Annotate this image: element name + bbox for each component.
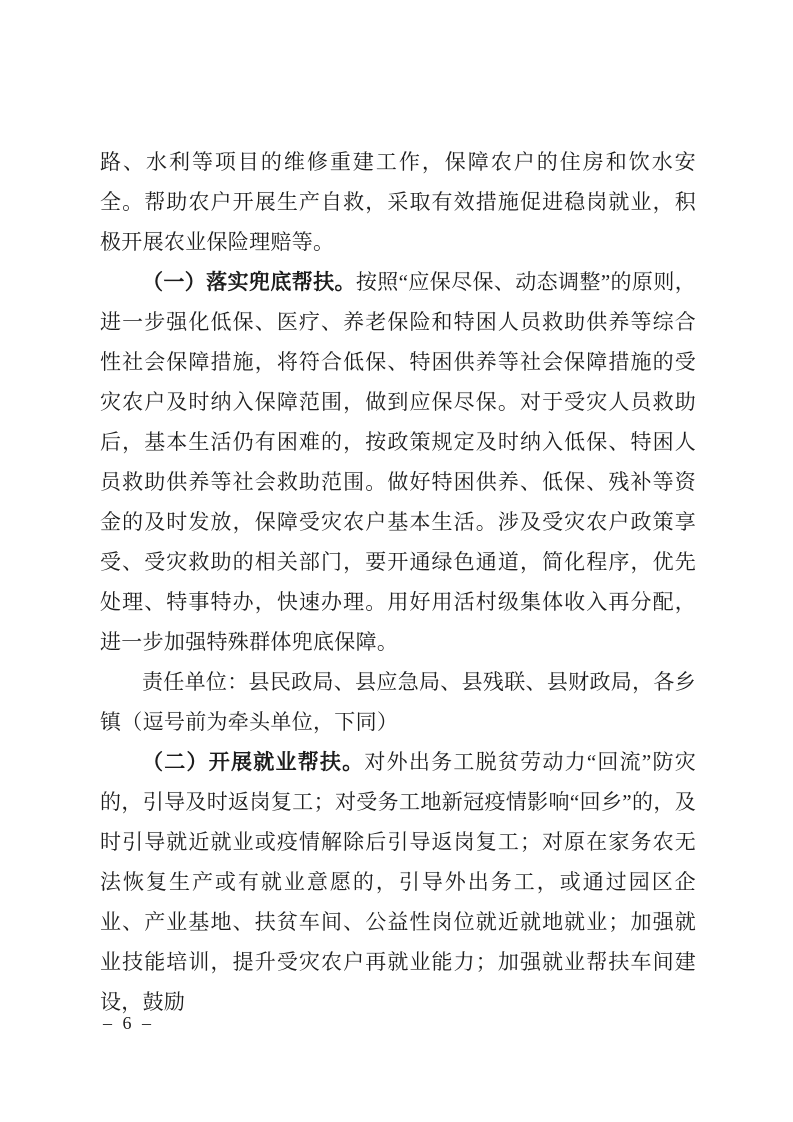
- responsible-units-paragraph: 责任单位：县民政局、县应急局、县残联、县财政局，各乡镇（逗号前为牵头单位，下同）: [100, 662, 696, 742]
- document-page: 路、水利等项目的维修重建工作，保障农户的住房和饮水安全。帮助农户开展生产自救，采…: [0, 0, 793, 1122]
- paragraph-text: 对外出务工脱贫劳动力“回流”防灾的，引导及时返岗复工；对受务工地新冠疫情影响“回…: [100, 750, 696, 1014]
- paragraph-text: 按照“应保尽保、动态调整”的原则，进一步强化低保、医疗、养老保险和特困人员救助供…: [100, 270, 696, 654]
- section-1-heading: （一）落实兜底帮扶。: [142, 270, 356, 294]
- page-number: – 6 –: [103, 1008, 154, 1038]
- paragraph-continuation: 路、水利等项目的维修重建工作，保障农户的住房和饮水安全。帮助农户开展生产自救，采…: [100, 142, 696, 262]
- section-1-paragraph: （一）落实兜底帮扶。按照“应保尽保、动态调整”的原则，进一步强化低保、医疗、养老…: [100, 262, 696, 662]
- document-body: 路、水利等项目的维修重建工作，保障农户的住房和饮水安全。帮助农户开展生产自救，采…: [100, 142, 696, 1022]
- paragraph-text: 责任单位：县民政局、县应急局、县残联、县财政局，各乡镇（逗号前为牵头单位，下同）: [100, 670, 696, 734]
- section-2-heading: （二）开展就业帮扶。: [142, 750, 364, 774]
- paragraph-text: 路、水利等项目的维修重建工作，保障农户的住房和饮水安全。帮助农户开展生产自救，采…: [100, 150, 696, 254]
- section-2-paragraph: （二）开展就业帮扶。对外出务工脱贫劳动力“回流”防灾的，引导及时返岗复工；对受务…: [100, 742, 696, 1022]
